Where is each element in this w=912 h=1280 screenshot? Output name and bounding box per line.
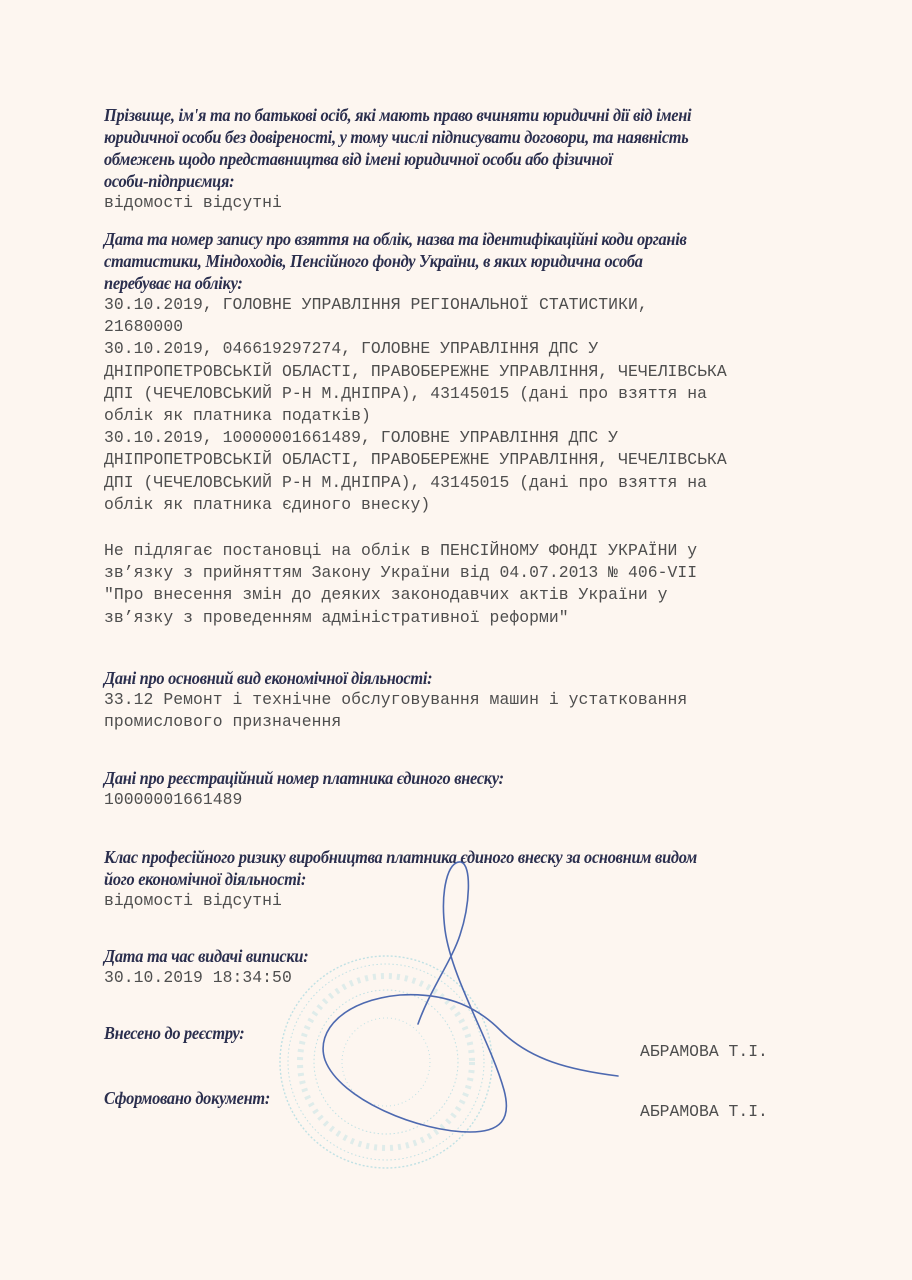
section-value: відомості відсутні xyxy=(104,890,824,912)
heading-line: обмежень щодо представництва від імені ю… xyxy=(104,148,811,170)
section-value: 30.10.2019, 046619297274, ГОЛОВНЕ УПРАВЛ… xyxy=(104,338,824,360)
heading-line: Клас професійного ризику виробництва пла… xyxy=(104,846,811,868)
heading-line: Прізвище, ім'я та по батькові осіб, які … xyxy=(104,104,811,126)
risk-class-section: Клас професійного ризику виробництва пла… xyxy=(104,846,824,912)
section-value: зв’язку з проведенням адміністративної р… xyxy=(104,607,824,629)
heading-line: Дані про основний вид економічної діяльн… xyxy=(104,667,811,689)
heading-line: Дані про реєстраційний номер платника єд… xyxy=(104,767,811,789)
heading-line: Дата та час видачі виписки: xyxy=(104,945,811,967)
pension-fund-note-section: Не підлягає постановці на облік в ПЕНСІЙ… xyxy=(104,540,824,629)
registration-records-section: Дата та номер запису про взяття на облік… xyxy=(104,228,824,516)
section-heading: Дата та номер запису про взяття на облік… xyxy=(104,228,811,294)
section-value: Не підлягає постановці на облік в ПЕНСІЙ… xyxy=(104,540,824,562)
section-value: ДПІ (ЧЕЧЕЛОВСЬКИЙ Р-Н М.ДНІПРА), 4314501… xyxy=(104,472,824,494)
heading-line: статистики, Міндоходів, Пенсійного фонду… xyxy=(104,250,811,272)
payer-number-section: Дані про реєстраційний номер платника єд… xyxy=(104,767,824,811)
section-value: 30.10.2019 18:34:50 xyxy=(104,967,824,989)
section-value: облік як платника єдиного внеску) xyxy=(104,494,824,516)
section-value: 21680000 xyxy=(104,316,824,338)
section-value: 33.12 Ремонт і технічне обслуговування м… xyxy=(104,689,824,711)
section-value: ДНІПРОПЕТРОВСЬКІЙ ОБЛАСТІ, ПРАВОБЕРЕЖНЕ … xyxy=(104,449,824,471)
section-heading: Дані про основний вид економічної діяльн… xyxy=(104,667,811,689)
section-value: 30.10.2019, 10000001661489, ГОЛОВНЕ УПРА… xyxy=(104,427,824,449)
section-value: 10000001661489 xyxy=(104,789,824,811)
heading-line: Дата та номер запису про взяття на облік… xyxy=(104,228,811,250)
heading-line: перебуває на обліку: xyxy=(104,272,811,294)
section-value: облік як платника податків) xyxy=(104,405,824,427)
section-heading: Дані про реєстраційний номер платника єд… xyxy=(104,767,811,789)
heading-line: його економічної діяльності: xyxy=(104,868,811,890)
section-heading: Клас професійного ризику виробництва пла… xyxy=(104,846,811,890)
economic-activity-section: Дані про основний вид економічної діяльн… xyxy=(104,667,824,733)
heading-line: особи-підприємця: xyxy=(104,170,811,192)
authorized-persons-section: Прізвище, ім'я та по батькові осіб, які … xyxy=(104,104,824,214)
section-heading: Дата та час видачі виписки: xyxy=(104,945,811,967)
section-heading: Прізвище, ім'я та по батькові осіб, які … xyxy=(104,104,811,192)
section-value: відомості відсутні xyxy=(104,192,824,214)
formed-by-name: АБРАМОВА Т.І. xyxy=(640,1102,768,1121)
section-value: "Про внесення змін до деяких законодавчи… xyxy=(104,584,824,606)
registered-by-name: АБРАМОВА Т.І. xyxy=(640,1042,768,1061)
section-value: зв’язку з прийняттям Закону України від … xyxy=(104,562,824,584)
section-value: промислового призначення xyxy=(104,711,824,733)
section-value: ДНІПРОПЕТРОВСЬКІЙ ОБЛАСТІ, ПРАВОБЕРЕЖНЕ … xyxy=(104,361,824,383)
section-value: 30.10.2019, ГОЛОВНЕ УПРАВЛІННЯ РЕГІОНАЛЬ… xyxy=(104,294,824,316)
issue-datetime-section: Дата та час видачі виписки: 30.10.2019 1… xyxy=(104,945,824,989)
registered-by-section: Внесено до реєстру: xyxy=(104,1022,824,1044)
section-value: ДПІ (ЧЕЧЕЛОВСЬКИЙ Р-Н М.ДНІПРА), 4314501… xyxy=(104,383,824,405)
section-heading: Внесено до реєстру: xyxy=(104,1022,811,1044)
document-page: Прізвище, ім'я та по батькові осіб, які … xyxy=(0,0,912,1280)
heading-line: Внесено до реєстру: xyxy=(104,1022,811,1044)
heading-line: юридичної особи без довіреності, у тому … xyxy=(104,126,811,148)
